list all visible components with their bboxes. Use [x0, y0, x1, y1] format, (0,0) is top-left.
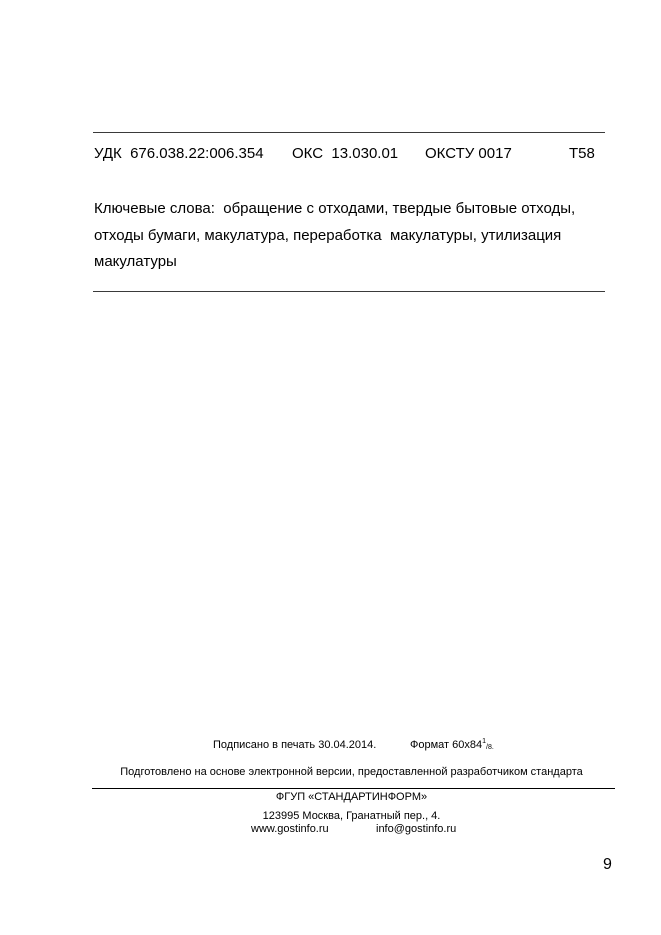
classification-codes: УДК 676.038.22:006.354 ОКС 13.030.01 ОКС… [94, 144, 604, 164]
website-link[interactable]: www.gostinfo.ru [251, 822, 329, 836]
udk-code: УДК 676.038.22:006.354 [94, 144, 264, 164]
oks-code: ОКС 13.030.01 [292, 144, 398, 164]
keywords-block: Ключевые слова: обращение с отходами, тв… [94, 196, 614, 276]
group-code: Т58 [569, 144, 595, 164]
okstu-code: ОКСТУ 0017 [425, 144, 512, 164]
prepared-note: Подготовлено на основе электронной верси… [0, 765, 661, 779]
print-format: Формат 60x841/8. [410, 738, 494, 752]
publisher-address: 123995 Москва, Гранатный пер., 4. [0, 809, 661, 823]
top-divider [93, 132, 605, 133]
publisher-name: ФГУП «СТАНДАРТИНФОРМ» [0, 790, 661, 804]
keywords-divider [93, 291, 605, 292]
format-subscript: /8. [486, 744, 494, 751]
format-label: Формат 60x84 [410, 739, 482, 751]
keywords-line: Ключевые слова: обращение с отходами, тв… [94, 196, 614, 223]
email-link[interactable]: info@gostinfo.ru [376, 822, 456, 836]
signed-date: Подписано в печать 30.04.2014. [213, 738, 376, 752]
page-number: 9 [603, 855, 612, 875]
keywords-line: отходы бумаги, макулатура, переработка м… [94, 223, 614, 250]
keywords-line: макулатуры [94, 249, 614, 276]
imprint-divider [92, 788, 615, 789]
